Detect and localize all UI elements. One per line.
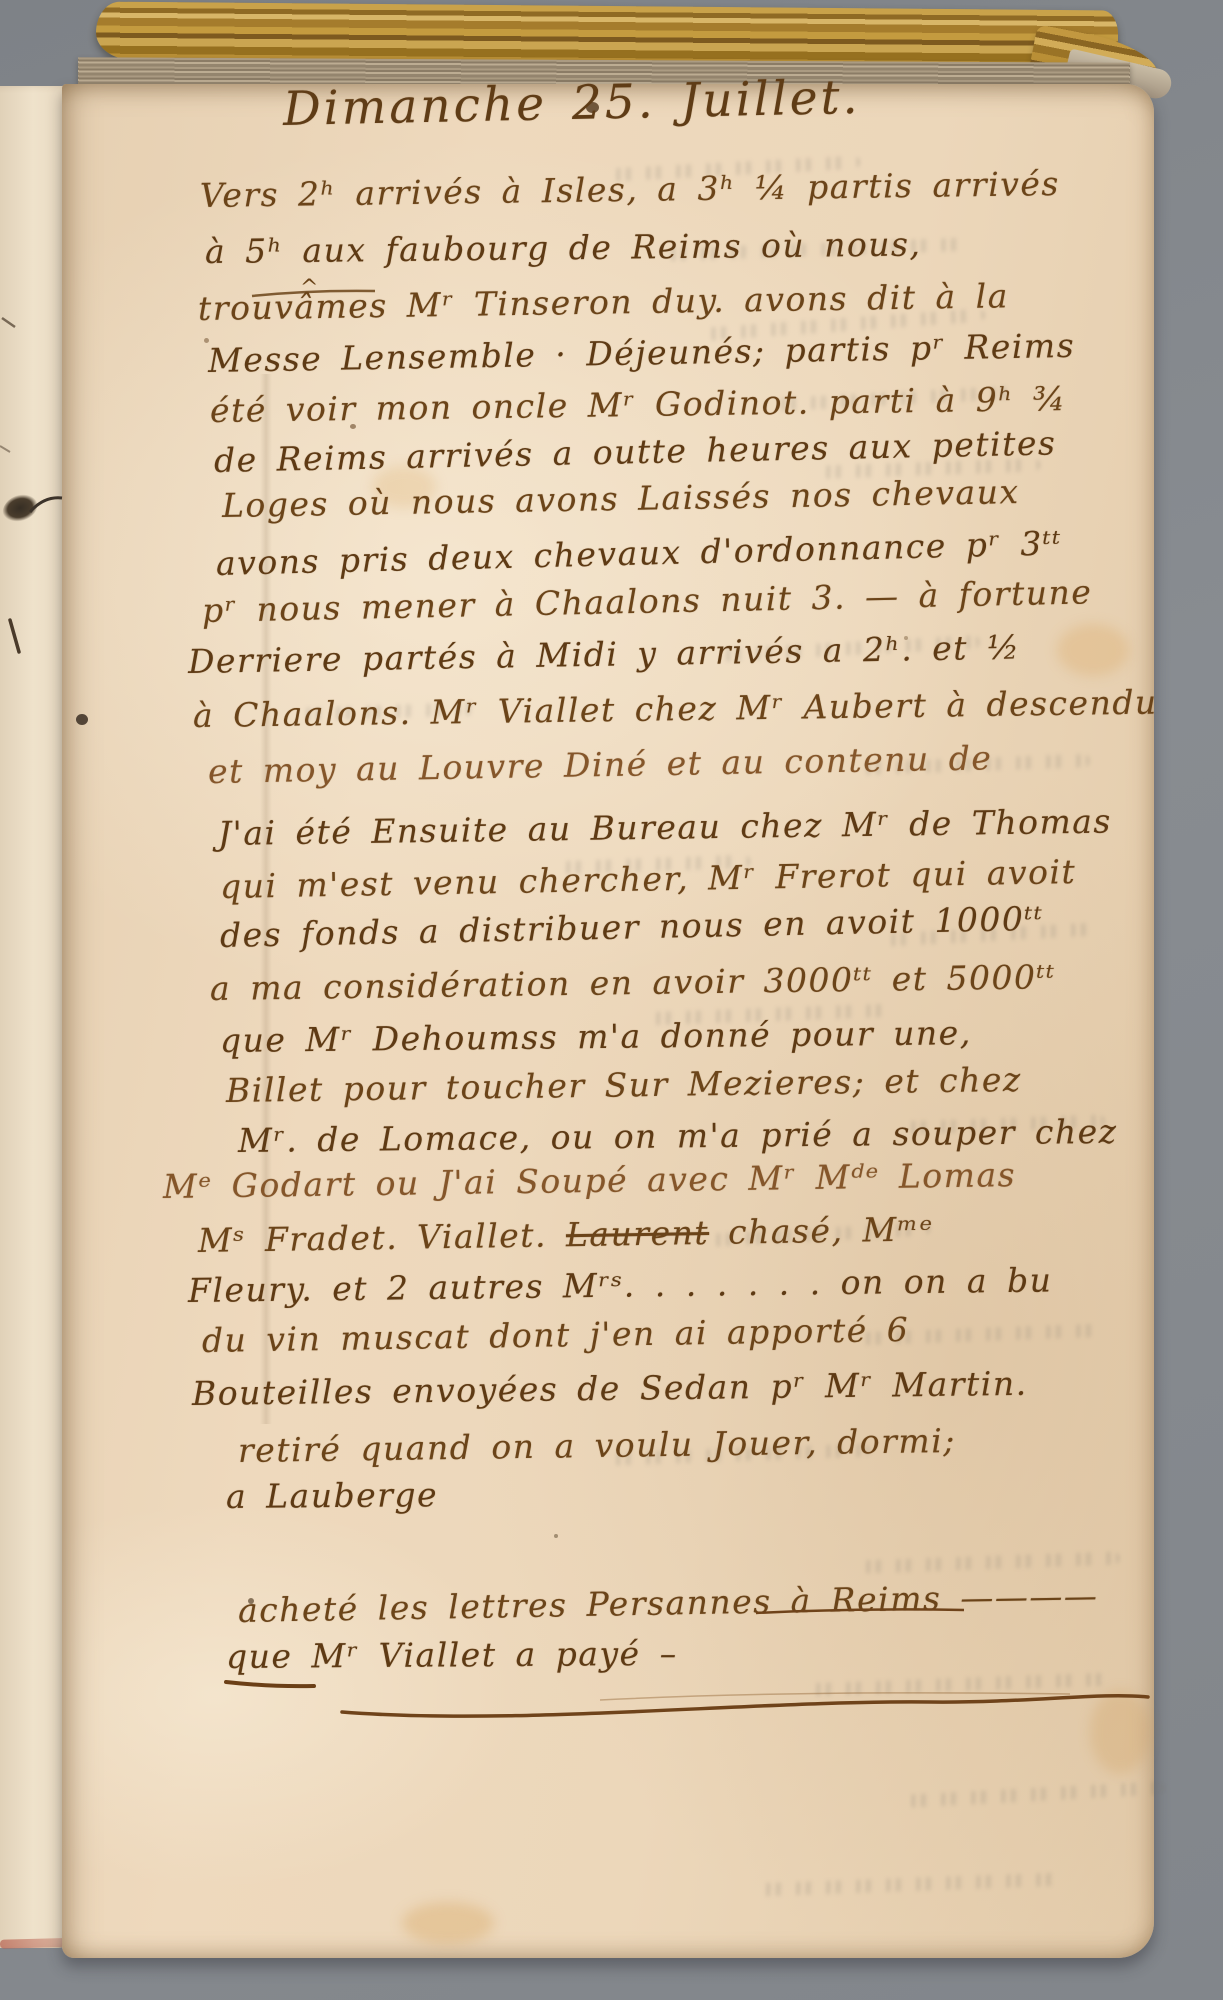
flourish-rule [342,1696,1148,1716]
manuscript-line: acheté les lettres Persannes à Reims ———… [238,1576,1099,1630]
show-through-text [760,1873,1060,1896]
manuscript-line: a Lauberge [226,1475,438,1516]
manuscript-line: Loges où nous avons Laissés nos chevaux [222,472,1020,525]
ink-spot [554,1534,558,1538]
ink-spot [76,714,88,725]
paper-stain [402,1902,494,1944]
line-segment: chasé, Mᵐᵉ [709,1209,934,1252]
manuscript-page: Dimanche 25. Juillet. Vers 2ʰ arrivés à … [62,84,1154,1958]
manuscript-line: a ma considération en avoir 3000ᵗᵗ et 50… [210,957,1056,1008]
manuscript-line: des fonds a distribuer nous en avoit 100… [220,899,1044,955]
manuscript-photo: Dimanche 25. Juillet. Vers 2ʰ arrivés à … [0,0,1223,2000]
manuscript-line: retiré quand on a voulu Jouer, dormi; [238,1421,956,1470]
manuscript-line: pʳ nous mener à Chaalons nuit 3. — à for… [202,572,1093,630]
manuscript-line: Messe Lensemble · Déjeunés; partis pʳ Re… [208,326,1076,380]
insertion-caret: ^ [300,276,318,301]
manuscript-line: du vin muscat dont j'en ai apporté 6 [202,1310,910,1360]
manuscript-line: été voir mon oncle Mʳ Godinot. parti à 9… [210,379,1067,430]
manuscript-line: Fleury. et 2 autres Mʳˢ. . . . . . . on … [188,1260,1053,1310]
manuscript-line: que Mʳ Dehoumss m'a donné pour une, [220,1013,972,1060]
line-segment: Mˢ Fradet. Viallet. [198,1215,567,1260]
manuscript-line: et moy au Louvre Diné et au contenu de [208,738,993,791]
manuscript-line: J'ai été Ensuite au Bureau chez Mʳ de Th… [218,802,1112,853]
show-through-text [810,1673,1110,1696]
manuscript-line: Derriere partés à Midi y arrivés a 2ʰ. e… [188,627,1021,681]
show-through-text [860,1551,1120,1573]
paper-stain [1057,624,1129,676]
manuscript-line: Billet pour toucher Sur Mezieres; et che… [226,1060,1022,1110]
manuscript-line: Vers 2ʰ arrivés à Isles, a 3ʰ ¼ partis a… [200,164,1060,215]
manuscript-line: Mʳ. de Lomace, ou on m'a prié a souper c… [238,1112,1118,1160]
manuscript-line: que Mʳ Viallet a payé – [226,1634,678,1676]
struck-word: Laurent [566,1213,710,1254]
show-through-text [905,1781,1165,1808]
manuscript-line: qui m'est venu chercher, Mʳ Frerot qui a… [220,852,1077,906]
manuscript-line: à 5ʰ aux faubourg de Reims où nous, [205,224,922,271]
manuscript-line: avons pris deux chevaux d'ordonnance pʳ … [216,523,1063,583]
manuscript-line: Bouteilles envoyées de Sedan pʳ Mʳ Marti… [192,1364,1028,1413]
manuscript-line: Mᵉ Godart ou J'ai Soupé avec Mʳ Mᵈᵉ Loma… [163,1155,1017,1206]
manuscript-line: Mˢ Fradet. Viallet. Laurent chasé, Mᵐᵉ [198,1209,934,1260]
paper-stain [1090,1690,1150,1774]
entry-title: Dimanche 25. Juillet. [282,70,860,137]
underline [226,1682,314,1686]
manuscript-line: à Chaalons. Mʳ Viallet chez Mʳ Aubert à … [193,683,1158,735]
